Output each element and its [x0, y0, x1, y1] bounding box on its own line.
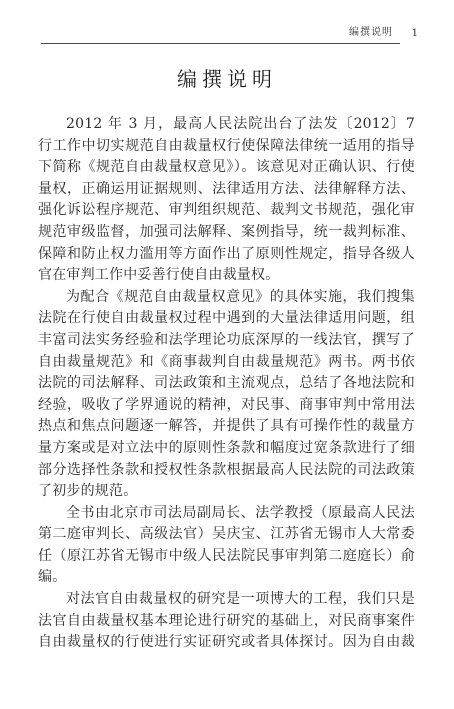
text-line: 任（原江苏省无锡市中级人民法院民事审判第二庭庭长）俞宏雷任主: [38, 546, 415, 568]
text-line: 官在审判工作中妥善行使自由裁量权。: [38, 265, 415, 287]
text-line: 部分选择性条款和授权性条款根据最高人民法院的司法政策精神进行: [38, 460, 415, 482]
text-line: 规范审级监督，加强司法解释、案例指导，统一裁判标准、加强法官职业: [38, 222, 415, 244]
text-line: 行工作中切实规范自由裁量权行使保障法律统一适用的指导意见》（以: [38, 136, 415, 158]
text-line: 全书由北京市司法局副局长、法学教授（原最高人民法院民事审判: [38, 503, 415, 525]
text-line: 第二庭审判长、高级法官）吴庆宝、江苏省无锡市人大常委会法工委副主: [38, 524, 415, 546]
text-line: 量权，正确运用证据规则、法律适用方法、法律解释方法、利益衡量方法，: [38, 179, 415, 201]
text-line: 法官自由裁量权基本理论进行研究的基础上，对民商事案件审理中法官: [38, 611, 415, 633]
text-line: 法院的司法解释、司法政策和主流观点，总结了各地法院和法官的实务: [38, 373, 415, 395]
text-line: 编。: [38, 567, 415, 589]
text-line: 保障和防止权力滥用等方面作出了原则性规定，指导各级人民法院和法: [38, 244, 415, 266]
text-line: 自由裁量规范》和《商事裁判自由裁量规范》两书。两书依据最高人民: [38, 352, 415, 374]
text-line: 自由裁量权的行使进行实证研究或者具体探讨。因为自由裁量权的存: [38, 632, 415, 654]
running-header-title: 编撰说明: [41, 27, 400, 44]
text-line: 2012 年 3 月，最高人民法院出台了法发〔2012〕7 号《关于在审判执: [38, 114, 415, 136]
text-line: 量方案或是对立法中的原则性条款和幅度过宽条款进行了细化，或是对: [38, 438, 415, 460]
body-text: 2012 年 3 月，最高人民法院出台了法发〔2012〕7 号《关于在审判执行工…: [38, 114, 415, 654]
page-title: 编撰说明: [0, 63, 454, 92]
text-line: 热点和焦点问题逐一解答，并提供了具有可操作性的裁量方案。这些裁: [38, 416, 415, 438]
text-line: 了初步的规范。: [38, 481, 415, 503]
book-page: 编撰说明 1 编撰说明 2012 年 3 月，最高人民法院出台了法发〔2012〕…: [0, 0, 454, 709]
text-line: 对法官自由裁量权的研究是一项博大的工程，我们只是在理论界对: [38, 589, 415, 611]
text-line: 为配合《规范自由裁量权意见》的具体实施，我们搜集了各地、各级: [38, 287, 415, 309]
text-line: 丰富司法实务经验和法学理论功底深厚的一线法官，撰写了《民事裁判: [38, 330, 415, 352]
text-line: 经验，吸收了学界通说的精神，对民事、商事审判中常用法律中的难点、: [38, 395, 415, 417]
page-number: 1: [400, 28, 418, 44]
text-line: 法院在行使自由裁量权过程中遇到的大量法律适用问题，组织了多名有: [38, 308, 415, 330]
text-line: 强化诉讼程序规范、审判组织规范、裁判文书规范，强化审判管理、合理: [38, 200, 415, 222]
running-header: 编撰说明 1: [41, 27, 418, 44]
text-line: 下简称《规范自由裁量权意见》）。该意见对正确认识、行使法官自由裁: [38, 157, 415, 179]
